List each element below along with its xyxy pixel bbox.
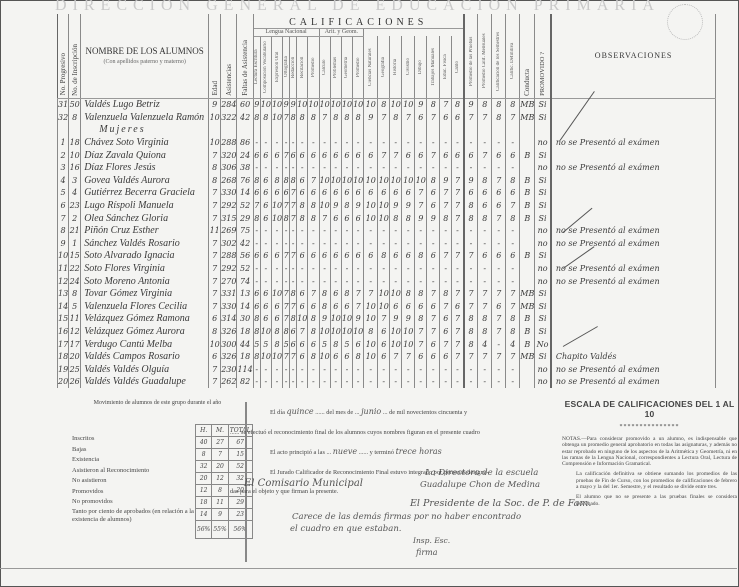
cell-grade: 6 — [297, 287, 308, 300]
cell-promovido: Si — [535, 287, 551, 300]
cell-grade: - — [415, 161, 427, 174]
cell-grade: - — [297, 275, 308, 288]
act-end-hour: trece horas — [396, 447, 442, 456]
cell-grade: 7 — [452, 212, 464, 225]
cell-grade: 5 — [341, 338, 352, 351]
cell-age: 10 — [209, 338, 221, 351]
cell-grade: 10 — [378, 300, 390, 313]
cell-grade: 8 — [353, 350, 364, 363]
cell-grade: - — [319, 262, 330, 275]
movement-title: Movimiento de alumnos de este grupo dura… — [70, 400, 245, 406]
cell-grade: - — [402, 237, 415, 250]
cell-insc: 4 — [69, 187, 81, 200]
table-row: 43Govea Valdés Aurora8268768688867101010… — [58, 174, 716, 187]
cell-grade: 6 — [330, 287, 341, 300]
cell-grade: - — [378, 224, 390, 237]
grade-col-header: Trabajos Manuales — [431, 38, 436, 96]
cell-grade: 8 — [506, 212, 520, 225]
cell-student-name: Govea Valdés Aurora — [81, 174, 209, 187]
cell-faltas: 56 — [237, 250, 253, 263]
cell-grade: 9 — [464, 98, 478, 111]
cell-grade: 8 — [464, 199, 478, 212]
cell-asistencias: 302 — [221, 237, 237, 250]
cell-grade: 7 — [319, 111, 330, 124]
act-line1-a: El día — [270, 409, 285, 416]
cell-grade: 6 — [353, 187, 364, 200]
cell-grade: - — [506, 224, 520, 237]
cell-grade: 7 — [440, 187, 452, 200]
escala-note-1: NOTAS.—Para considerar promovido a un al… — [562, 436, 737, 467]
cell-grade: 6 — [492, 149, 506, 162]
cell-grade: - — [364, 224, 378, 237]
cell-grade: 10 — [390, 325, 402, 338]
movement-summary: Movimiento de alumnos de este grupo dura… — [70, 400, 245, 412]
cell-grade: - — [271, 237, 282, 250]
cell-prog: 2 — [58, 149, 69, 162]
cell-grade: - — [452, 136, 464, 149]
cell-grade: 6 — [390, 300, 402, 313]
cell-grade: 7 — [506, 111, 520, 124]
cell-conducta — [520, 237, 535, 250]
cell-promovido: no — [535, 136, 551, 149]
cell-grade: - — [464, 224, 478, 237]
cell-asistencias: 270 — [221, 275, 237, 288]
cell-grade: 10 — [271, 287, 282, 300]
cell-grade: 8 — [478, 325, 492, 338]
cell-grade: - — [297, 161, 308, 174]
cell-grade: 7 — [283, 300, 290, 313]
cell-prog: 6 — [58, 199, 69, 212]
cell-grade: 8 — [378, 98, 390, 111]
cell-grade: 10 — [390, 174, 402, 187]
cell-grade: 10 — [341, 325, 352, 338]
cell-conducta: B — [520, 325, 535, 338]
cell-grade: 6 — [390, 250, 402, 263]
cell-grade: 8 — [308, 313, 319, 326]
cell-grade: 6 — [353, 212, 364, 225]
cell-grade: - — [364, 237, 378, 250]
cell-grade: 8 — [478, 212, 492, 225]
cell-observaciones: no se Presentó al exámen — [551, 275, 716, 288]
escala-note-3: El alumno que no se presente a las prueb… — [562, 494, 737, 507]
cell-student-name: Piñón Cruz Esther — [81, 224, 209, 237]
cell-grade: - — [341, 376, 352, 389]
cell-grade: 10 — [260, 325, 271, 338]
cell-grade: 6 — [260, 199, 271, 212]
cell-grade: - — [330, 161, 341, 174]
cell-grade: 4 — [478, 338, 492, 351]
cell-faltas: 44 — [237, 338, 253, 351]
cell-grade: 7 — [506, 300, 520, 313]
cell-age: 10 — [209, 136, 221, 149]
cell-grade: 9 — [427, 212, 440, 225]
cell-conducta: B — [520, 250, 535, 263]
col-asistencias: Asistencias — [225, 64, 233, 96]
cell-grade: - — [478, 237, 492, 250]
cell-faltas: 52 — [237, 262, 253, 275]
cell-faltas: 24 — [237, 149, 253, 162]
cell-grade: - — [492, 224, 506, 237]
cell-conducta: B — [520, 212, 535, 225]
cell-grade: - — [452, 161, 464, 174]
cell-grade: 9 — [464, 174, 478, 187]
grades-table: No. Progresivo No. de Inscripción NOMBRE… — [57, 14, 716, 388]
cell-grade: - — [427, 363, 440, 376]
cell-asistencias: 284 — [221, 98, 237, 111]
cell-prog: 13 — [58, 287, 69, 300]
cell-insc: 8 — [69, 111, 81, 124]
cell-conducta: MB — [520, 111, 535, 124]
cell-observaciones — [551, 174, 716, 187]
cell-conducta: B — [520, 338, 535, 351]
cell-grade: - — [319, 376, 330, 389]
cell-grade: 7 — [464, 250, 478, 263]
cell-grade: - — [290, 275, 297, 288]
grading-scale-notes: ESCALA DE CALIFICACIONES DEL 1 AL 10 ***… — [562, 399, 737, 511]
cell-prog: 9 — [58, 237, 69, 250]
cell-grade: 10 — [271, 350, 282, 363]
cell-grade: 8 — [290, 287, 297, 300]
cell-grade: - — [364, 262, 378, 275]
cell-grade: - — [378, 136, 390, 149]
cell-grade: 7 — [492, 174, 506, 187]
cell-promovido: No — [535, 338, 551, 351]
cell-grade: 10 — [390, 338, 402, 351]
table-row: 1015Soto Alvarado Ignacia728856666776666… — [58, 250, 716, 263]
cell-grade: 7 — [402, 350, 415, 363]
cell-asistencias: 314 — [221, 313, 237, 326]
cell-grade: 10 — [297, 98, 308, 111]
cell-grade: 6 — [478, 187, 492, 200]
cell-grade: - — [452, 262, 464, 275]
cell-grade: - — [390, 237, 402, 250]
cell-student-name: Olea Sánchez Gloria — [81, 212, 209, 225]
cell-grade: 7 — [452, 250, 464, 263]
cell-conducta — [520, 262, 535, 275]
cell-asistencias: 315 — [221, 212, 237, 225]
cell-grade: 6 — [297, 338, 308, 351]
cell-grade: 8 — [308, 212, 319, 225]
cell-observaciones: no se Presentó al exámen — [551, 224, 716, 237]
table-row: 145Valenzuela Flores Cecilia733014666776… — [58, 300, 716, 313]
cell-asistencias: 331 — [221, 287, 237, 300]
cell-faltas: 14 — [237, 300, 253, 313]
cell-student-name: Sánchez Valdés Rosario — [81, 237, 209, 250]
cell-asistencias: 326 — [221, 350, 237, 363]
cell-age: 6 — [209, 350, 221, 363]
cell-grade: - — [402, 136, 415, 149]
cell-grade: 7 — [452, 350, 464, 363]
cell-grade: - — [283, 136, 290, 149]
cell-grade: 10 — [341, 174, 352, 187]
cell-observaciones: no se Presentó al exámen — [551, 363, 716, 376]
table-row: 54Gutiérrez Becerra Graciela733014666676… — [58, 187, 716, 200]
cell-grade: 8 — [506, 98, 520, 111]
cell-age: 8 — [209, 161, 221, 174]
cell-grade: 9 — [283, 98, 290, 111]
cell-insc: 11 — [69, 313, 81, 326]
cell-grade: 10 — [390, 98, 402, 111]
cell-grade: - — [290, 262, 297, 275]
cell-grade: - — [440, 237, 452, 250]
cell-grade: - — [260, 161, 271, 174]
movement-m: 27 — [212, 437, 228, 449]
cell-grade: 6 — [290, 338, 297, 351]
cell-grade: 6 — [341, 212, 352, 225]
cell-faltas: 18 — [237, 350, 253, 363]
cell-grade: - — [427, 224, 440, 237]
cell-conducta: MB — [520, 98, 535, 111]
cell-grade: - — [378, 161, 390, 174]
cell-grade: - — [478, 363, 492, 376]
cell-student-name: Valdés Campos Rosario — [81, 350, 209, 363]
cell-promovido: Si — [535, 187, 551, 200]
cell-asistencias: 306 — [221, 161, 237, 174]
cell-grade: 6 — [464, 149, 478, 162]
cell-grade: 8 — [464, 325, 478, 338]
cell-grade: - — [390, 275, 402, 288]
cell-promovido: no — [535, 224, 551, 237]
cell-grade: 6 — [478, 199, 492, 212]
table-row: 821Piñón Cruz Esther1126975-------------… — [58, 224, 716, 237]
cell-grade: 8 — [415, 313, 427, 326]
cell-grade: 10 — [271, 111, 282, 124]
cell-grade: 8 — [297, 199, 308, 212]
signature-comisario: El Comisario Municipal — [244, 478, 363, 489]
cell-grade: - — [341, 237, 352, 250]
cell-grade: 9 — [319, 313, 330, 326]
cell-grade: 6 — [297, 174, 308, 187]
cell-grade: 10 — [402, 98, 415, 111]
cell-insc: 16 — [69, 161, 81, 174]
cell-grade: - — [452, 376, 464, 389]
cell-grade: 7 — [478, 111, 492, 124]
cell-grade: 10 — [297, 313, 308, 326]
cell-asistencias: 269 — [221, 224, 237, 237]
cell-observaciones — [551, 98, 716, 111]
cell-grade: 7 — [283, 111, 290, 124]
cell-grade: 6 — [492, 199, 506, 212]
cell-grade: 7 — [440, 338, 452, 351]
cell-grade: 7 — [427, 313, 440, 326]
cell-grade: 6 — [492, 187, 506, 200]
cell-insc: 5 — [69, 300, 81, 313]
cell-grade: - — [364, 275, 378, 288]
cell-grade: 7 — [378, 149, 390, 162]
cell-age: 7 — [209, 262, 221, 275]
cell-grade: 6 — [260, 300, 271, 313]
cell-grade: - — [330, 275, 341, 288]
cell-grade: - — [464, 363, 478, 376]
table-row: 1612Velázquez Gómez Aurora83261881088678… — [58, 325, 716, 338]
cell-grade: 7 — [283, 313, 290, 326]
cell-grade: 6 — [364, 250, 378, 263]
cell-grade: - — [260, 275, 271, 288]
cell-grade: - — [308, 237, 319, 250]
cell-grade: 8 — [364, 325, 378, 338]
cell-grade: 10 — [319, 350, 330, 363]
grade-col-header: Dibujo — [418, 38, 423, 96]
cell-grade: 6 — [330, 350, 341, 363]
movement-h: 8 — [196, 449, 212, 461]
cell-asistencias: 322 — [221, 111, 237, 124]
cell-grade: 6 — [378, 338, 390, 351]
cell-observaciones — [551, 300, 716, 313]
col-nombre: NOMBRE DE LOS ALUMNOS — [86, 46, 204, 56]
cell-grade: 10 — [415, 174, 427, 187]
cell-asistencias: 292 — [221, 199, 237, 212]
cell-grade: 6 — [260, 149, 271, 162]
cell-grade: 9 — [390, 199, 402, 212]
lengua-nacional-group: Lengua Nacional — [253, 28, 319, 36]
cell-grade: 8 — [415, 287, 427, 300]
cell-grade: - — [297, 224, 308, 237]
cell-grade: - — [353, 262, 364, 275]
cell-grade: - — [319, 363, 330, 376]
cell-prog: 14 — [58, 300, 69, 313]
cell-age: 7 — [209, 149, 221, 162]
cell-grade: - — [440, 262, 452, 275]
cell-grade: 8 — [341, 199, 352, 212]
cell-grade: 7 — [478, 287, 492, 300]
cell-asistencias: 330 — [221, 187, 237, 200]
cell-grade: 7 — [506, 287, 520, 300]
cell-grade: 7 — [290, 350, 297, 363]
cell-age: 10 — [209, 111, 221, 124]
cell-grade: - — [283, 224, 290, 237]
cell-observaciones — [551, 187, 716, 200]
movement-m: 20 — [212, 461, 228, 473]
movement-label: Tanto por ciento de aprobados (en relaci… — [72, 508, 200, 526]
cell-grade: - — [464, 275, 478, 288]
cell-grade: 6 — [341, 149, 352, 162]
cell-grade: 10 — [271, 199, 282, 212]
signature-directora-title: La Directora de la escuela — [425, 468, 538, 478]
cell-grade: 6 — [364, 187, 378, 200]
cell-age: 6 — [209, 313, 221, 326]
table-row: 623Lugo Ríspoli Manuela72925276107788109… — [58, 199, 716, 212]
cell-grade: - — [319, 275, 330, 288]
cell-grade: - — [353, 224, 364, 237]
cell-grade: 7 — [283, 287, 290, 300]
cell-grade: 10 — [341, 98, 352, 111]
cell-grade: 6 — [440, 111, 452, 124]
cell-faltas: 29 — [237, 212, 253, 225]
cell-insc: 15 — [69, 250, 81, 263]
cell-grade: - — [478, 262, 492, 275]
handwritten-note-2: el cuadro en que estaban. — [290, 524, 402, 534]
cell-grade: 6 — [427, 338, 440, 351]
cell-student-name: Lugo Ríspoli Manuela — [81, 199, 209, 212]
cell-grade: 10 — [330, 98, 341, 111]
cell-grade: 8 — [283, 325, 290, 338]
cell-grade: 6 — [330, 187, 341, 200]
cell-grade: 6 — [297, 187, 308, 200]
cell-grade: - — [308, 376, 319, 389]
cell-grade: - — [271, 224, 282, 237]
cell-grade: 7 — [390, 149, 402, 162]
cell-grade: 10 — [378, 174, 390, 187]
grade-col-header: Promedio de las Pruebas — [469, 26, 474, 96]
cell-grade: - — [378, 376, 390, 389]
cell-grade: 7 — [492, 212, 506, 225]
cell-grade: - — [452, 275, 464, 288]
cell-grade: 7 — [297, 325, 308, 338]
cell-grade: 7 — [427, 111, 440, 124]
cell-grade: 8 — [402, 212, 415, 225]
cell-grade: - — [390, 262, 402, 275]
cell-grade: - — [427, 275, 440, 288]
col-observaciones: OBSERVACIONES — [551, 14, 716, 98]
cell-grade: 6 — [378, 325, 390, 338]
cell-grade: - — [297, 262, 308, 275]
cell-grade: 8 — [506, 313, 520, 326]
cell-grade: 6 — [330, 149, 341, 162]
cell-grade: - — [506, 376, 520, 389]
cell-grade: - — [506, 363, 520, 376]
cell-grade: - — [415, 262, 427, 275]
cell-asistencias: 262 — [221, 376, 237, 389]
cell-grade: 7 — [415, 187, 427, 200]
cell-grade: 6 — [506, 250, 520, 263]
cell-grade: 6 — [353, 250, 364, 263]
cell-grade: - — [492, 363, 506, 376]
cell-grade: 7 — [427, 149, 440, 162]
table-row: 1925Valdés Valdés Olguía7230114---------… — [58, 363, 716, 376]
cell-grade: 6 — [260, 174, 271, 187]
col-nombre-sub: (Con apellidos paterno y materno) — [81, 59, 208, 65]
cell-grade: 6 — [402, 149, 415, 162]
cell-grade: 6 — [260, 313, 271, 326]
cell-grade: 8 — [253, 350, 260, 363]
cell-conducta — [520, 376, 535, 389]
cell-grade: 6 — [260, 187, 271, 200]
cell-prog: 19 — [58, 363, 69, 376]
cell-prog: 5 — [58, 187, 69, 200]
cell-grade: 10 — [319, 325, 330, 338]
cell-faltas: 42 — [237, 237, 253, 250]
cell-promovido: Si — [535, 199, 551, 212]
cell-grade: - — [478, 275, 492, 288]
cell-grade: 6 — [427, 250, 440, 263]
cell-grade: 10 — [308, 98, 319, 111]
cell-grade: - — [478, 136, 492, 149]
cell-prog: 1 — [58, 136, 69, 149]
table-row: 316Díaz Flores Jesús830638--------------… — [58, 161, 716, 174]
cell-grade: 7 — [464, 350, 478, 363]
cell-grade: 7 — [253, 199, 260, 212]
cell-grade: - — [253, 237, 260, 250]
cell-grade: - — [415, 275, 427, 288]
cell-grade: 7 — [427, 287, 440, 300]
cell-grade: - — [464, 237, 478, 250]
grade-col-header: Geografía — [381, 38, 386, 96]
cell-grade: - — [271, 275, 282, 288]
cell-faltas: 82 — [237, 376, 253, 389]
cell-grade: 10 — [353, 325, 364, 338]
cell-grade: 7 — [492, 350, 506, 363]
cell-promovido: no — [535, 376, 551, 389]
cell-grade: - — [330, 262, 341, 275]
cell-grade: 7 — [478, 300, 492, 313]
cell-student-name: Velázquez Gómez Ramona — [81, 313, 209, 326]
cell-grade: 8 — [290, 111, 297, 124]
cell-grade: 9 — [353, 199, 364, 212]
cell-grade: - — [253, 136, 260, 149]
cell-grade: - — [308, 363, 319, 376]
cell-grade: 7 — [353, 300, 364, 313]
cell-asistencias: 288 — [221, 136, 237, 149]
